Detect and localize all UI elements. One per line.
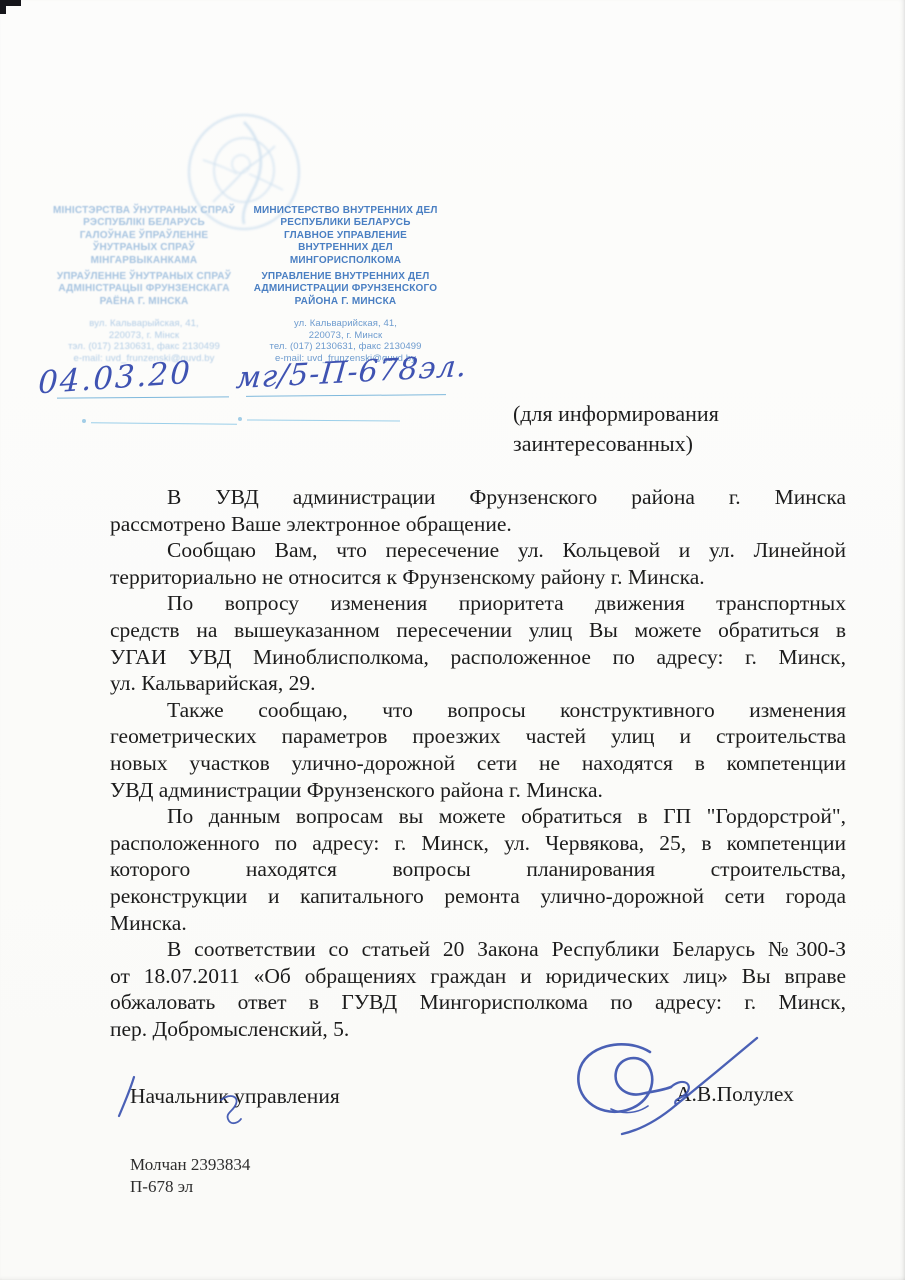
body-line: Минска. <box>110 910 846 937</box>
ministry-name-by: МІНІСТЭРСТВА ЎНУТРАНЫХ СПРАЎ РЭСПУБЛІКІ … <box>44 205 244 267</box>
scanned-letter-page: МІНІСТЭРСТВА ЎНУТРАНЫХ СПРАЎ РЭСПУБЛІКІ … <box>0 0 905 1280</box>
body-line: По вопросу изменения приоритета движения… <box>110 590 846 617</box>
body-line: Сообщаю Вам, что пересечение ул. Кольцев… <box>110 537 846 564</box>
body-line: территориально не относится к Фрунзенско… <box>110 564 846 591</box>
ministry-name-ru: МИНИСТЕРСТВО ВНУТРЕННИХ ДЕЛ РЕСПУБЛИКИ Б… <box>243 205 448 267</box>
ministry-line: МІНІСТЭРСТВА ЎНУТРАНЫХ СПРАЎ <box>44 205 244 217</box>
ministry-line: МИНГОРИСПОЛКОМА <box>243 255 448 267</box>
address-line: вул. Кальварыйская, 41, <box>44 318 244 330</box>
body-line: рассмотрено Ваше электронное обращение. <box>110 511 846 538</box>
address-line: 220073, г. Мінск <box>44 330 244 342</box>
department-name-by: УПРАЎЛЕННЕ ЎНУТРАНЫХ СПРАЎ АДМІНІСТРАЦЫІ… <box>44 271 244 308</box>
department-line: УПРАЎЛЕННЕ ЎНУТРАНЫХ СПРАЎ <box>44 271 244 283</box>
ministry-line: ГЛАВНОЕ УПРАВЛЕНИЕ <box>243 230 448 242</box>
address-line: 220073, г. Минск <box>243 330 448 342</box>
body-line: новых участков улично-дорожной сети не н… <box>110 750 846 777</box>
body-line: УВД администрации Фрунзенского района г.… <box>110 777 846 804</box>
signer-name: А.В.Полулех <box>676 1082 794 1107</box>
ministry-line: МИНИСТЕРСТВО ВНУТРЕННИХ ДЕЛ <box>243 205 448 217</box>
department-line: РАЙОНА Г. МИНСКА <box>243 296 448 308</box>
pen-stroke <box>611 1106 648 1113</box>
address-line: тэл. (017) 2130631, факс 2130499 <box>44 341 244 353</box>
body-line: от 18.07.2011 «Об обращениях граждан и ю… <box>110 963 846 990</box>
body-line: По данным вопросам вы можете обратиться … <box>110 803 846 830</box>
body-line: УГАИ УВД Миноблисполкома, расположенное … <box>110 644 846 671</box>
department-line: АДМИНИСТРАЦИИ ФРУНЗЕНСКОГО <box>243 283 448 295</box>
ref-dot <box>82 419 86 423</box>
body-line: В УВД администрации Фрунзенского района … <box>110 484 846 511</box>
body-line: которого находятся вопросы планирования … <box>110 856 846 883</box>
incoming-date-line <box>91 421 237 425</box>
department-line: РАЁНА Г. МІНСКА <box>44 296 244 308</box>
pen-stroke <box>578 1044 671 1112</box>
body-line: геометрических параметров проезжих часте… <box>110 723 846 750</box>
body-line: обжаловать ответ в ГУВД Мингорисполкома … <box>110 989 846 1016</box>
letterhead: МІНІСТЭРСТВА ЎНУТРАНЫХ СПРАЎ РЭСПУБЛІКІ … <box>0 205 905 370</box>
incoming-number-line <box>247 418 400 421</box>
body-line: В соответствии со статьей 20 Закона Респ… <box>110 936 846 963</box>
ministry-line: ГАЛОЎНАЕ ЎПРАЎЛЕННЕ <box>44 230 244 242</box>
ref-dot <box>238 417 242 421</box>
ministry-line: ВНУТРЕННИХ ДЕЛ <box>243 242 448 254</box>
footer-executor-block: Молчан 2393834 П-678 эл <box>130 1154 250 1198</box>
body-line: расположенного по адресу: г. Минск, ул. … <box>110 830 846 857</box>
signer-position-title: Начальник управления <box>130 1084 340 1109</box>
address-line: ул. Кальварийская, 41, <box>243 318 448 330</box>
body-line: реконструкции и капитального ремонта ули… <box>110 883 846 910</box>
letter-body: В УВД администрации Фрунзенского района … <box>110 484 846 1042</box>
executor-name-phone: Молчан 2393834 <box>130 1154 250 1176</box>
body-line: ул. Кальварийская, 29. <box>110 670 846 697</box>
ministry-line: РЕСПУБЛИКИ БЕЛАРУСЬ <box>243 217 448 229</box>
case-number: П-678 эл <box>130 1176 250 1198</box>
body-line: пер. Добромысленский, 5. <box>110 1016 846 1043</box>
recipient-note: (для информирования заинтересованных) <box>513 399 761 459</box>
body-line: Также сообщаю, что вопросы конструктивно… <box>110 697 846 724</box>
ministry-line: ЎНУТРАНЫХ СПРАЎ <box>44 242 244 254</box>
body-line: средств на вышеуказанном пересечении ули… <box>110 617 846 644</box>
ministry-line: РЭСПУБЛІКІ БЕЛАРУСЬ <box>44 217 244 229</box>
department-line: УПРАВЛЕНИЕ ВНУТРЕННИХ ДЕЛ <box>243 271 448 283</box>
ministry-line: МІНГАРВЫКАНКАМА <box>44 255 244 267</box>
department-name-ru: УПРАВЛЕНИЕ ВНУТРЕННИХ ДЕЛ АДМИНИСТРАЦИИ … <box>243 271 448 308</box>
department-line: АДМІНІСТРАЦЫІ ФРУНЗЕНСКАГА <box>44 283 244 295</box>
